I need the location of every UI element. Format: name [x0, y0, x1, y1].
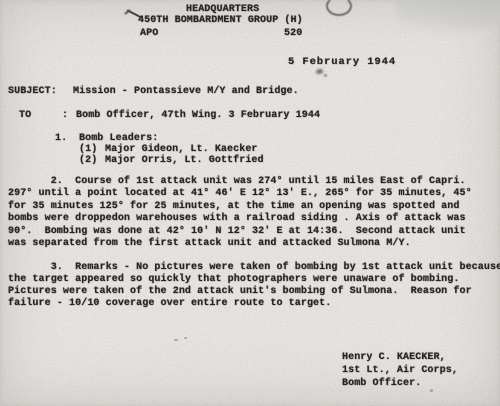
to-colon: : — [62, 110, 68, 122]
stray-mark — [174, 339, 178, 341]
scan-corner-shadow — [395, 0, 500, 41]
ink-smudge-small — [324, 74, 327, 77]
paragraph-2-line: 90°. Bombing was done at 42° 10' N 12° 3… — [8, 226, 472, 238]
paragraph-3-line: the target appeared so quickly that phot… — [8, 274, 500, 286]
leader-item-num: (2) — [79, 155, 97, 167]
subject-value: Mission - Pontassieve M/Y and Bridge. — [73, 86, 299, 98]
paragraph-2-line: bombs were droppedon warehouses with a r… — [8, 213, 472, 225]
date-line: 5 February 1944 — [288, 56, 396, 68]
paragraph-2: 2. Course of 1st attack unit was 274° un… — [8, 176, 472, 250]
paragraph-3-line: Pictures were taken of the 2nd attack un… — [8, 286, 500, 298]
subject-label: SUBJECT: — [8, 86, 57, 98]
paragraph-2-line: for 35 minutes 125° for 25 minutes, at t… — [8, 201, 472, 213]
scanned-memo-page: HEADQUARTERS 450TH BOMBARDMENT GROUP (H)… — [0, 0, 500, 406]
stray-mark — [430, 389, 433, 392]
paragraph-2-line: 2. Course of 1st attack unit was 274° un… — [8, 176, 472, 188]
letterhead-apo-label: APO — [140, 28, 158, 40]
paragraph-2-line: 297° until a point located at 41° 46' E … — [8, 188, 472, 200]
signature-rank: 1st Lt., Air Corps, — [342, 365, 458, 377]
paragraph-2-line: was separated from the first attack unit… — [8, 238, 472, 250]
paragraph-3-line: 3. Remarks - No pictures were taken of b… — [8, 262, 500, 274]
signature-title: Bomb Officer. — [342, 378, 421, 390]
stray-mark — [184, 337, 187, 339]
letterhead-group: 450TH BOMBARDMENT GROUP (H) — [138, 15, 303, 27]
signature-name: Henry C. KAECKER, — [342, 352, 446, 364]
letterhead-apo-number: 520 — [284, 28, 302, 40]
paragraph-3: 3. Remarks - No pictures were taken of b… — [8, 262, 500, 310]
to-value: Bomb Officer, 47th Wing. 3 February 1944 — [76, 110, 320, 122]
to-label: TO — [19, 110, 31, 122]
list-number: 1. — [55, 133, 67, 145]
ink-smudge — [316, 69, 323, 74]
leader-item-name: Major Orris, Lt. Gottfried — [105, 155, 264, 167]
hole-punch-mark — [326, 0, 352, 16]
paragraph-3-line: failure - 10/10 coverage over entire rou… — [8, 298, 500, 310]
